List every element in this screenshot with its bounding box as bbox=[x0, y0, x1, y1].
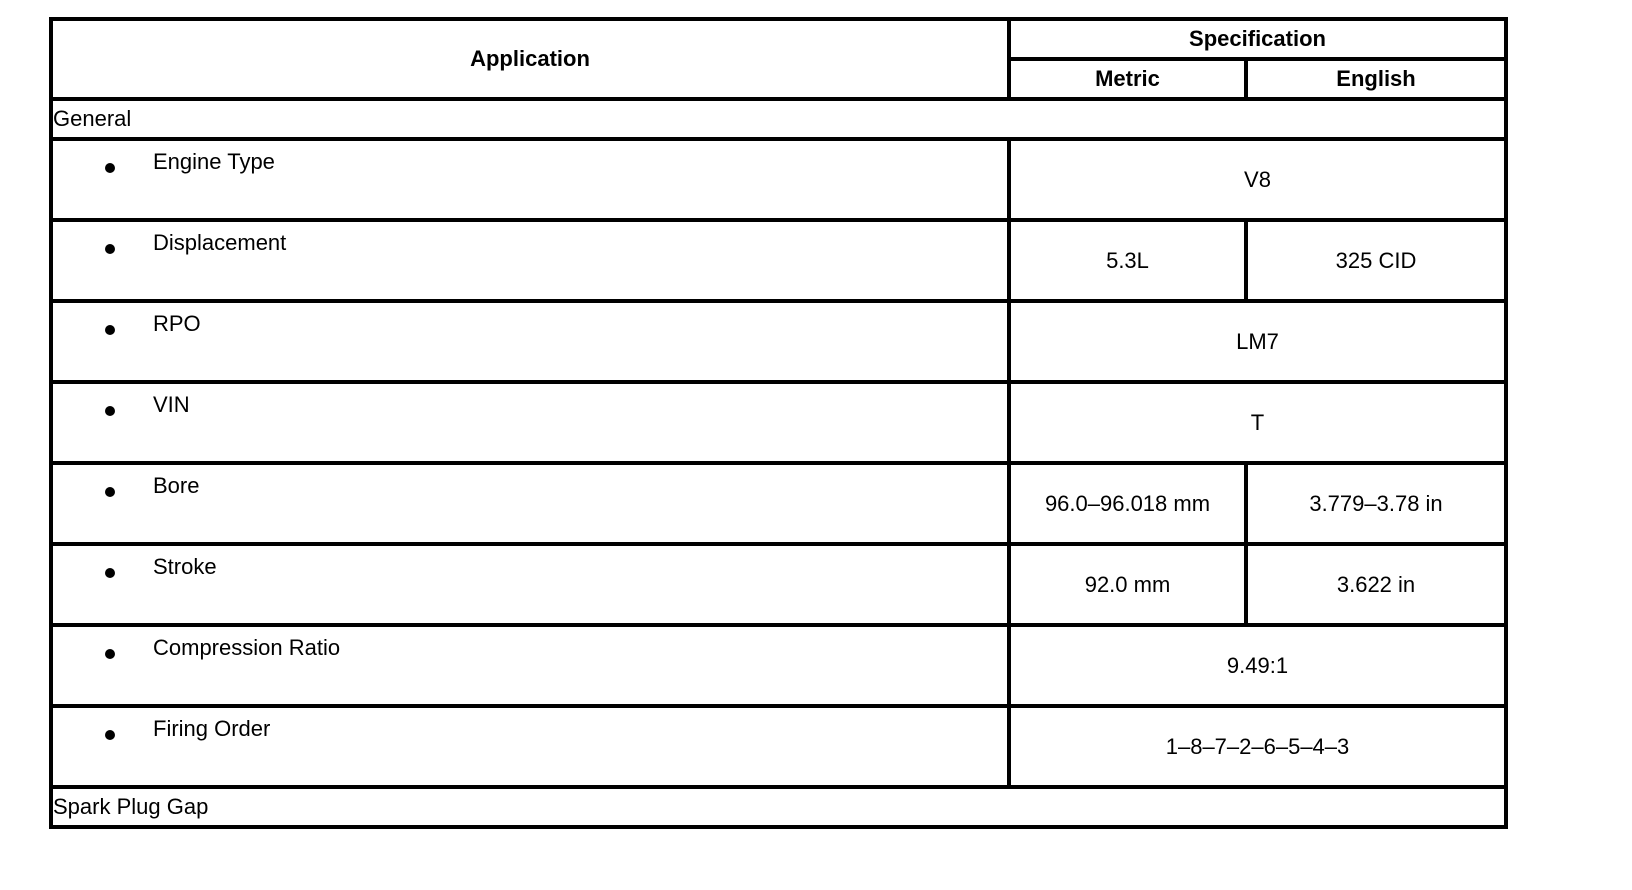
bullet-icon bbox=[105, 406, 115, 416]
metric-value: 96.0–96.018 mm bbox=[1009, 463, 1246, 544]
row-label: Engine Type bbox=[153, 149, 275, 175]
header-specification: Specification bbox=[1009, 19, 1506, 59]
row-label: RPO bbox=[153, 311, 201, 337]
bullet-icon bbox=[105, 325, 115, 335]
bullet-icon bbox=[105, 163, 115, 173]
spec-value: 9.49:1 bbox=[1009, 625, 1506, 706]
header-metric: Metric bbox=[1009, 59, 1246, 99]
table-row: Stroke92.0 mm3.622 in bbox=[51, 544, 1506, 625]
bullet-icon bbox=[105, 568, 115, 578]
bullet-icon bbox=[105, 730, 115, 740]
row-label: VIN bbox=[153, 392, 190, 418]
row-label: Compression Ratio bbox=[153, 635, 340, 661]
spec-value: LM7 bbox=[1009, 301, 1506, 382]
spec-value: 1–8–7–2–6–5–4–3 bbox=[1009, 706, 1506, 787]
english-value: 3.779–3.78 in bbox=[1246, 463, 1506, 544]
section-title: Spark Plug Gap bbox=[51, 787, 1506, 827]
row-label-cell: Firing Order bbox=[51, 706, 1009, 787]
metric-value: 5.3L bbox=[1009, 220, 1246, 301]
row-label: Stroke bbox=[153, 554, 217, 580]
section-row: General bbox=[51, 99, 1506, 139]
table-body: GeneralEngine TypeV8Displacement5.3L325 … bbox=[51, 99, 1506, 827]
bullet-icon bbox=[105, 487, 115, 497]
metric-value: 92.0 mm bbox=[1009, 544, 1246, 625]
section-title: General bbox=[51, 99, 1506, 139]
english-value: 325 CID bbox=[1246, 220, 1506, 301]
engine-spec-table: Application Specification Metric English… bbox=[49, 17, 1508, 829]
table-row: Firing Order1–8–7–2–6–5–4–3 bbox=[51, 706, 1506, 787]
header-application: Application bbox=[51, 19, 1009, 99]
english-value: 3.622 in bbox=[1246, 544, 1506, 625]
row-label-cell: Engine Type bbox=[51, 139, 1009, 220]
row-label-cell: Displacement bbox=[51, 220, 1009, 301]
row-label: Bore bbox=[153, 473, 199, 499]
row-label-cell: RPO bbox=[51, 301, 1009, 382]
header-english: English bbox=[1246, 59, 1506, 99]
row-label-cell: VIN bbox=[51, 382, 1009, 463]
row-label: Firing Order bbox=[153, 716, 270, 742]
bullet-icon bbox=[105, 244, 115, 254]
table-row: Displacement5.3L325 CID bbox=[51, 220, 1506, 301]
row-label-cell: Bore bbox=[51, 463, 1009, 544]
table-row: VINT bbox=[51, 382, 1506, 463]
table-row: Compression Ratio9.49:1 bbox=[51, 625, 1506, 706]
row-label-cell: Stroke bbox=[51, 544, 1009, 625]
bullet-icon bbox=[105, 649, 115, 659]
row-label-cell: Compression Ratio bbox=[51, 625, 1009, 706]
spec-value: T bbox=[1009, 382, 1506, 463]
table-row: RPOLM7 bbox=[51, 301, 1506, 382]
table-row: Engine TypeV8 bbox=[51, 139, 1506, 220]
section-row: Spark Plug Gap bbox=[51, 787, 1506, 827]
row-label: Displacement bbox=[153, 230, 286, 256]
table-row: Bore96.0–96.018 mm3.779–3.78 in bbox=[51, 463, 1506, 544]
spec-value: V8 bbox=[1009, 139, 1506, 220]
